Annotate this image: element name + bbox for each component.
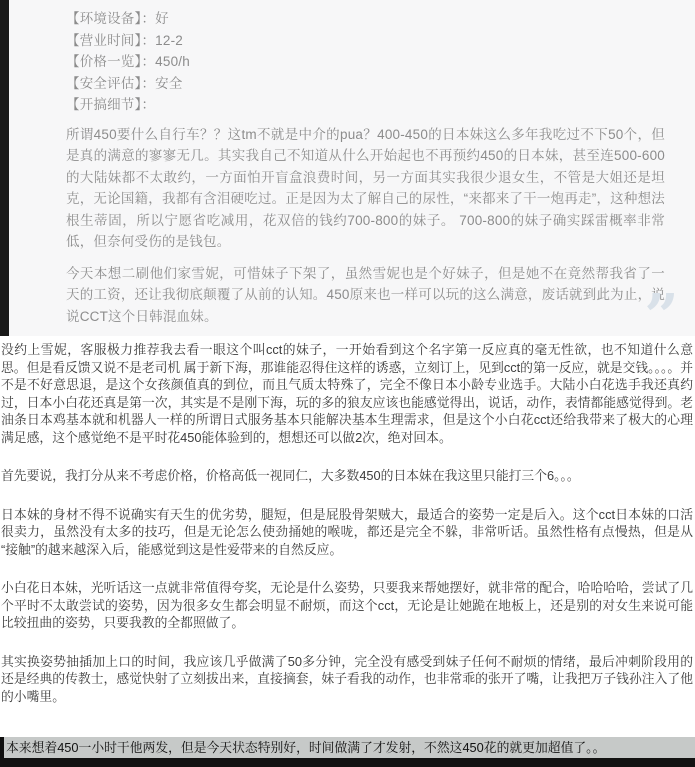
venue-info-list: 【环境设备】：好 【营业时间】：12-2 【价格一览】：450/h 【安全评估】…	[66, 8, 665, 116]
closing-quote-icon: ”	[644, 298, 679, 336]
info-line-details: 【开搞细节】：	[66, 94, 665, 116]
quote-block: 【环境设备】：好 【营业时间】：12-2 【价格一览】：450/h 【安全评估】…	[0, 0, 695, 336]
bottom-edge-bar	[0, 758, 695, 767]
review-paragraph: 小白花日本妹，光听话这一点就非常值得夸奖，无论是什么姿势，只要我来帮她摆好，就非…	[1, 579, 693, 632]
info-line-environment: 【环境设备】：好	[66, 8, 665, 30]
quote-paragraph: 所谓450要什么自行车？？这tm不就是中介的pua？400-450的日本妹这么多…	[66, 124, 665, 253]
info-line-price: 【价格一览】：450/h	[66, 51, 665, 73]
review-paragraph: 日本妹的身材不得不说确实有天生的优劣势，腿短，但是屁股骨架贼大，最适合的姿势一定…	[1, 506, 693, 559]
info-line-hours: 【营业时间】：12-2	[66, 30, 665, 52]
info-line-safety: 【安全评估】：安全	[66, 73, 665, 95]
review-paragraph: 首先要说，我打分从来不考虑价格，价格高低一视同仁，大多数450的日本妹在我这里只…	[1, 467, 693, 485]
quote-paragraph: 今天本想二刷他们家雪妮，可惜妹子下架了，虽然雪妮也是个好妹子，但是她不在竟然帮我…	[66, 263, 665, 328]
review-page: 【环境设备】：好 【营业时间】：12-2 【价格一览】：450/h 【安全评估】…	[0, 0, 695, 767]
highlighted-conclusion: 本来想着450一小时干他两发，但是今天状态特别好，时间做满了才发射，不然这450…	[0, 737, 695, 758]
review-paragraph: 其实换姿势抽插加上口的时间，我应该几乎做满了50多分钟，完全没有感受到妹子任何不…	[1, 653, 693, 706]
review-paragraph: 没约上雪妮，客服极力推荐我去看一眼这个叫cct的妹子，一开始看到这个名字第一反应…	[1, 341, 693, 446]
review-body: 没约上雪妮，客服极力推荐我去看一眼这个叫cct的妹子，一开始看到这个名字第一反应…	[0, 336, 695, 737]
